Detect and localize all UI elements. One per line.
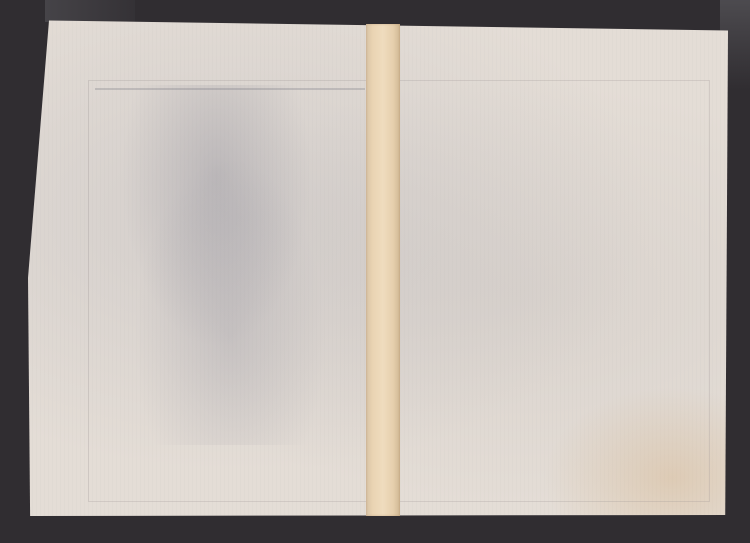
glare-reflection [45, 0, 135, 22]
show-through-border-line [95, 88, 365, 90]
center-fold-tape [366, 24, 400, 516]
show-through-engraving [95, 85, 365, 445]
